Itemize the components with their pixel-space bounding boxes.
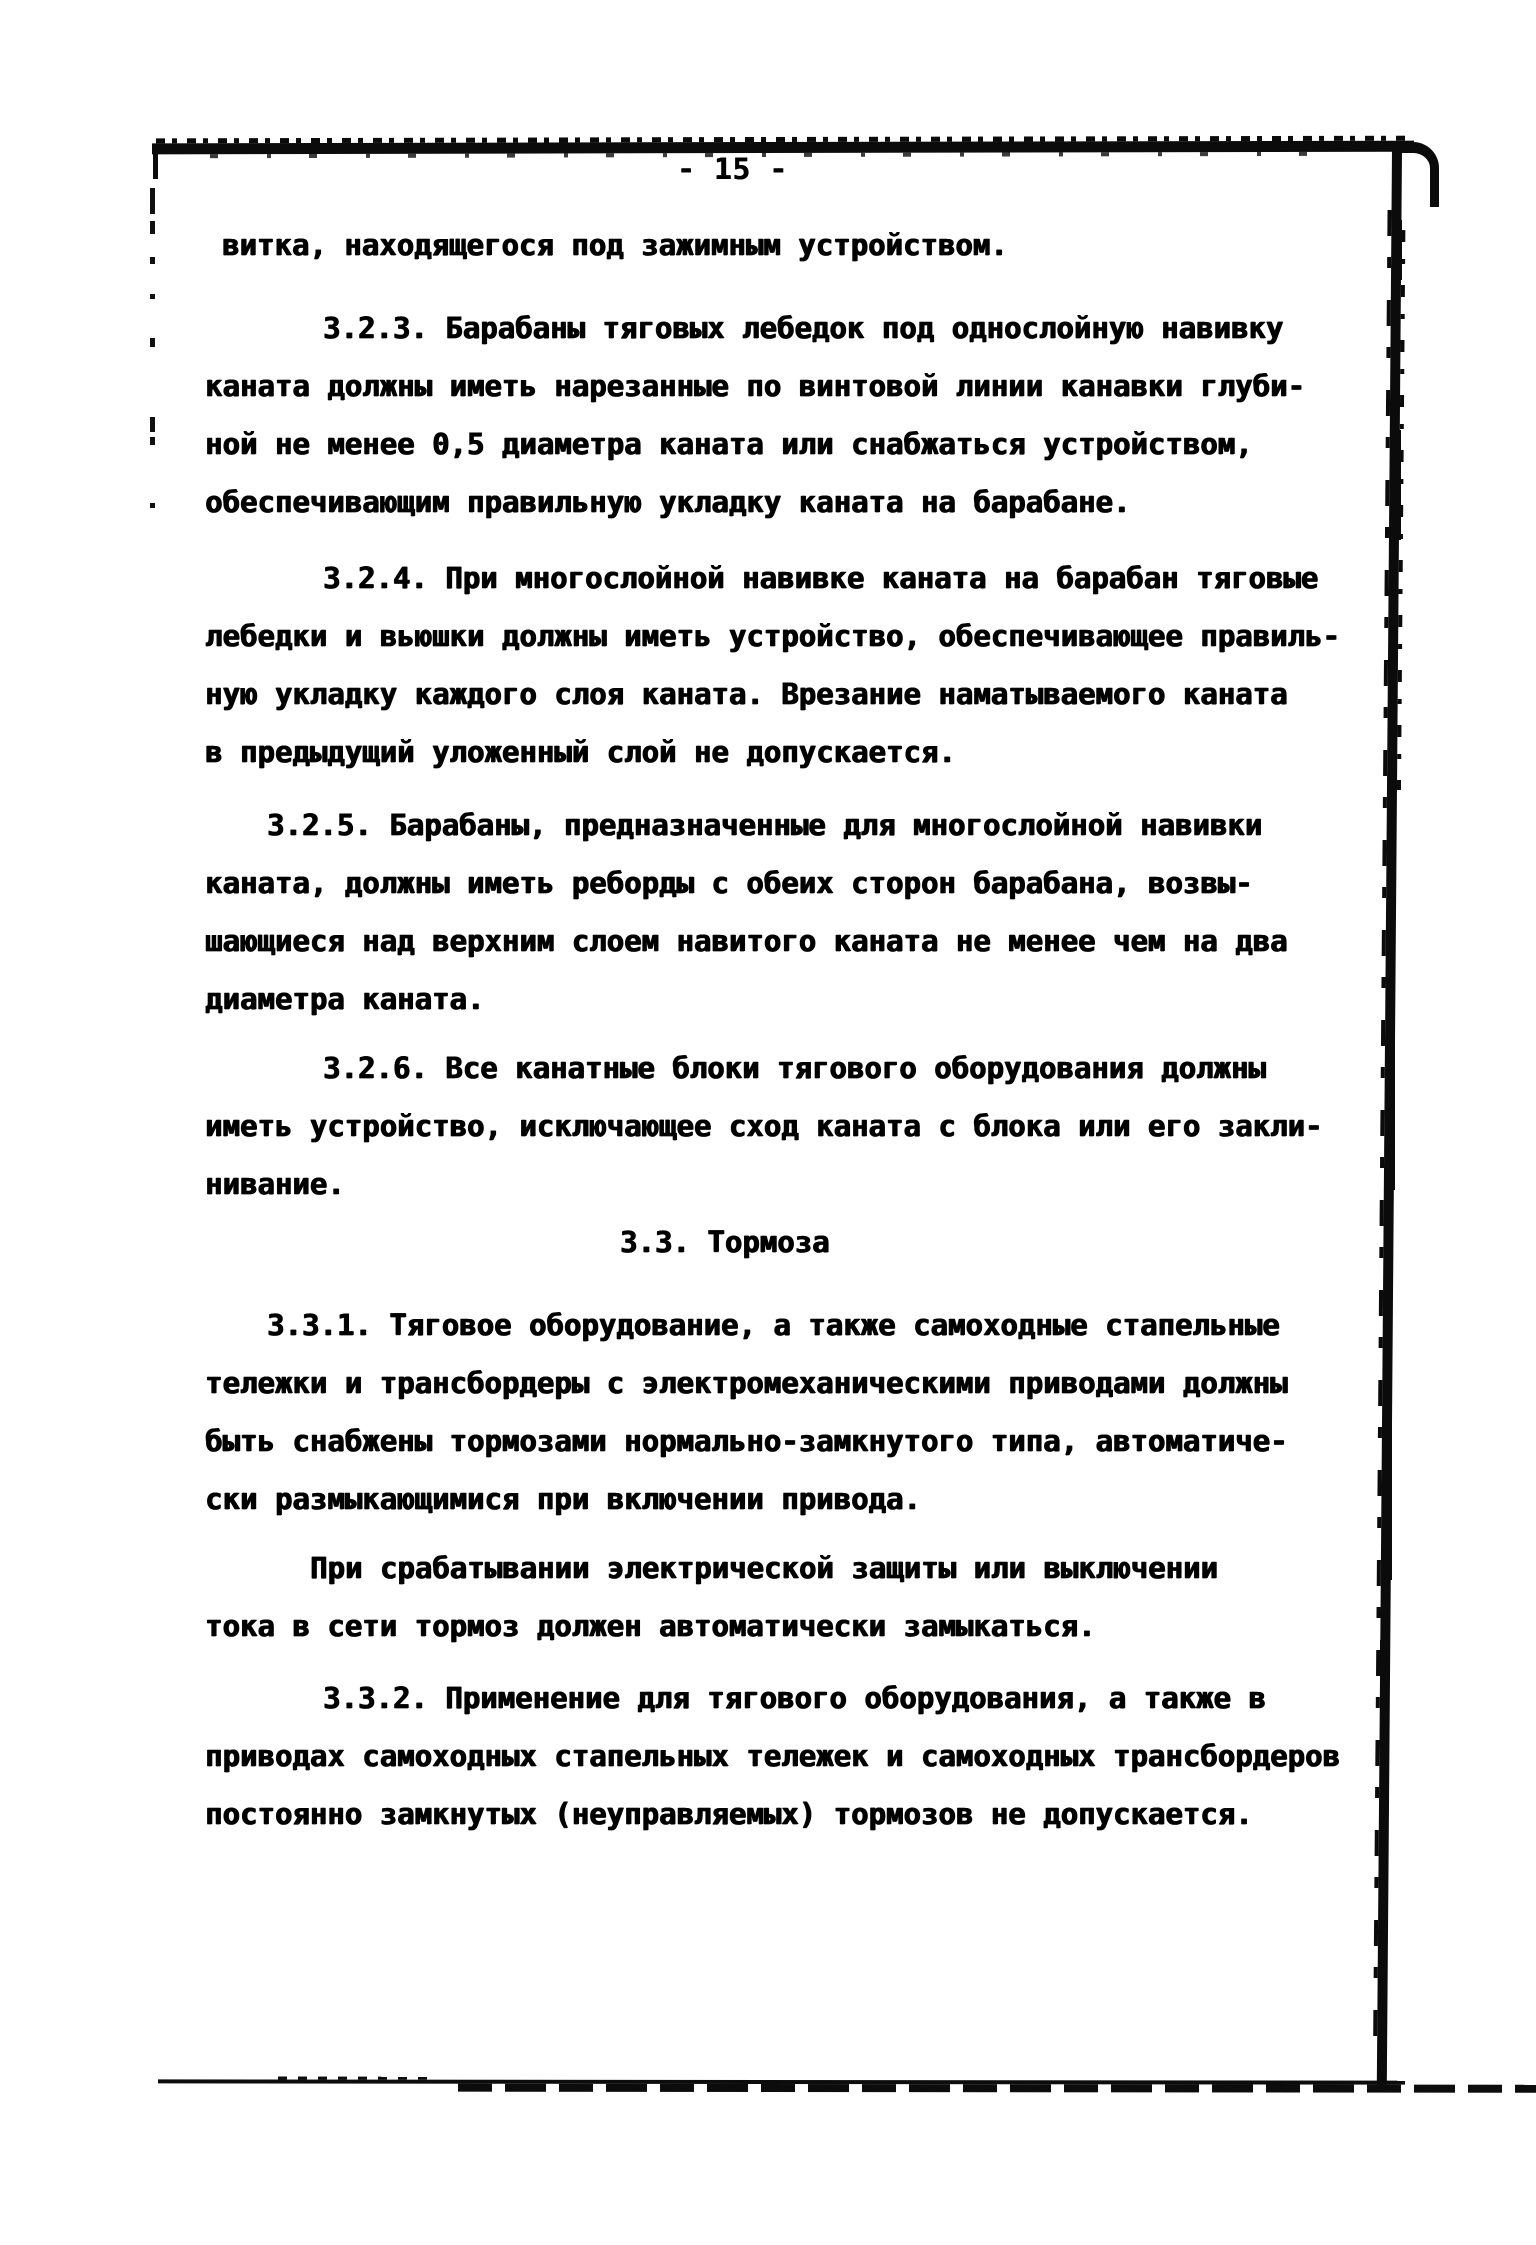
text-line: 3.2.5. Барабаны, предназначенные для мно… [205,805,1415,863]
text-line: ной не менее 0,5 диаметра каната или сна… [205,424,1415,482]
text-line: обеспечивающим правильную укладку каната… [205,482,1415,540]
text-line: быть снабжены тормозами нормально-замкну… [205,1421,1415,1479]
page-number: - 15 - [677,152,788,186]
clause-3-2-5: 3.2.5. Барабаны, предназначенные для мно… [205,805,1415,1037]
text-line: постоянно замкнутых (неуправляемых) торм… [205,1794,1415,1852]
page-frame-bottom-border [158,2079,1405,2084]
text-line: диаметра каната. [205,979,1415,1037]
section-heading-3-3-tormoza: 3.3. Тормоза [205,1222,1415,1280]
text-line: лебедки и вьюшки должны иметь устройство… [205,616,1415,674]
clause-3-3-2: 3.3.2. Применение для тягового оборудова… [205,1678,1415,1852]
page-frame-top-left-hook [153,145,158,179]
continuation-paragraph: витка, находящегося под зажимным устройс… [205,225,1415,283]
text-line: 3.2.6. Все канатные блоки тягового обору… [205,1048,1415,1106]
text-line: шающиеся над верхним слоем навитого кана… [205,921,1415,979]
text-line: 3.2.3. Барабаны тяговых лебедок под одно… [205,308,1415,366]
clause-3-2-6: 3.2.6. Все канатные блоки тягового обору… [205,1048,1415,1222]
text-line: тока в сети тормоз должен автоматически … [205,1606,1415,1664]
page-frame-top-right-corner [1398,142,1439,207]
text-line: витка, находящегося под зажимным устройс… [205,225,1415,283]
text-line: 3.3.1. Тяговое оборудование, а также сам… [205,1305,1415,1363]
text-line: каната, должны иметь реборды с обеих сто… [205,863,1415,921]
text-line: нивание. [205,1164,1415,1222]
clause-3-2-4: 3.2.4. При многослойной навивке каната н… [205,558,1415,790]
left-margin-dash [150,257,155,264]
left-margin-dash [150,503,155,508]
text-line: в предыдущий уложенный слой не допускает… [205,732,1415,790]
left-margin-dash [150,437,155,445]
text-line: При срабатывании электрической защиты ил… [205,1548,1415,1606]
scanned-document-page: - 15 - витка, находящегося под зажимным … [0,0,1536,2245]
text-line: ную укладку каждого слоя каната. Врезани… [205,674,1415,732]
text-line: каната должны иметь нарезанные по винтов… [205,366,1415,424]
clause-3-3-1: 3.3.1. Тяговое оборудование, а также сам… [205,1305,1415,1537]
left-margin-dash [150,417,155,432]
text-line: тележки и трансбордеры с электромеханиче… [205,1363,1415,1421]
section-heading-text: 3.3. Тормоза [205,1222,1415,1280]
left-margin-dash [150,221,155,234]
text-line: 3.2.4. При многослойной навивке каната н… [205,558,1415,616]
document-text: витка, находящегося под зажимным устройс… [205,225,1415,1852]
left-margin-dash [150,294,155,299]
text-line: ски размыкающимися при включении привода… [205,1479,1415,1537]
clause-3-3-1-continuation: При срабатывании электрической защиты ил… [205,1548,1415,1664]
text-line: приводах самоходных стапельных тележек и… [205,1736,1415,1794]
text-line: 3.3.2. Применение для тягового оборудова… [205,1678,1415,1736]
clause-3-2-3: 3.2.3. Барабаны тяговых лебедок под одно… [205,308,1415,540]
left-margin-dash [150,188,155,214]
text-line: иметь устройство, исключающее сход канат… [205,1106,1415,1164]
left-margin-dash [150,338,155,347]
